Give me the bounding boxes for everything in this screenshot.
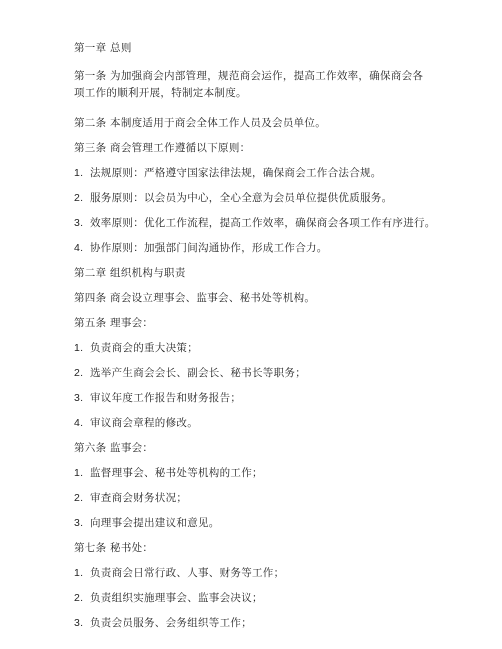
list-text: 向理事会提出建议和意见。 (90, 517, 220, 529)
list-text: 协作原则：加强部门间沟通协作，形成工作合力。 (90, 242, 328, 254)
chapter-2-heading: 第二章 组织机构与职责 (74, 265, 186, 282)
list-item: 2.服务原则：以会员为中心，全心全意为会员单位提供优质服务。 (74, 190, 392, 207)
chapter-1-heading: 第一章 总则 (74, 40, 132, 57)
list-number: 1. (74, 465, 90, 482)
list-item: 4.协作原则：加强部门间沟通协作，形成工作合力。 (74, 240, 328, 257)
list-text: 审议年度工作报告和财务报告； (90, 392, 241, 404)
article-1: 第一条 为加强商会内部管理，规范商会运作，提高工作效率，确保商会各项工作的顺利开… (74, 68, 434, 102)
list-number: 2. (74, 365, 90, 382)
list-number: 3. (74, 390, 90, 407)
list-item: 1.法规原则：严格遵守国家法律法规，确保商会工作合法合规。 (74, 165, 382, 182)
list-item: 4.审议商会章程的修改。 (74, 415, 198, 432)
list-item: 1.负责商会的重大决策； (74, 340, 198, 357)
article-4: 第四条 商会设立理事会、监事会、秘书处等机构。 (74, 290, 315, 307)
list-text: 负责组织实施理事会、监事会决议； (90, 592, 263, 604)
list-number: 1. (74, 165, 90, 182)
list-number: 1. (74, 565, 90, 582)
list-number: 4. (74, 240, 90, 257)
list-text: 审议商会章程的修改。 (90, 417, 198, 429)
list-item: 2.审查商会财务状况； (74, 490, 187, 507)
list-item: 2.选举产生商会会长、副会长、秘书长等职务； (74, 365, 306, 382)
list-item: 1.负责商会日常行政、人事、财务等工作； (74, 565, 284, 582)
list-item: 2.负责组织实施理事会、监事会决议； (74, 590, 263, 607)
list-text: 监督理事会、秘书处等机构的工作； (90, 467, 263, 479)
list-text: 选举产生商会会长、副会长、秘书长等职务； (90, 367, 306, 379)
list-item: 1.监督理事会、秘书处等机构的工作； (74, 465, 263, 482)
list-text: 审查商会财务状况； (90, 492, 187, 504)
list-number: 4. (74, 415, 90, 432)
list-item: 3.向理事会提出建议和意见。 (74, 515, 220, 532)
list-number: 2. (74, 590, 90, 607)
list-item: 3.审议年度工作报告和财务报告； (74, 390, 241, 407)
list-number: 1. (74, 340, 90, 357)
article-3: 第三条 商会管理工作遵循以下原则： (74, 140, 250, 157)
article-6: 第六条 监事会： (74, 440, 153, 457)
list-text: 负责会员服务、会务组织等工作； (90, 617, 252, 629)
list-number: 3. (74, 215, 90, 232)
list-number: 2. (74, 190, 90, 207)
list-number: 3. (74, 515, 90, 532)
article-7: 第七条 秘书处： (74, 540, 153, 557)
article-2: 第二条 本制度适用于商会全体工作人员及会员单位。 (74, 115, 326, 132)
list-item: 3.负责会员服务、会务组织等工作； (74, 615, 252, 632)
list-text: 法规原则：严格遵守国家法律法规，确保商会工作合法合规。 (90, 167, 382, 179)
list-text: 负责商会日常行政、人事、财务等工作； (90, 567, 284, 579)
article-5: 第五条 理事会： (74, 315, 153, 332)
list-text: 效率原则：优化工作流程，提高工作效率，确保商会各项工作有序进行。 (90, 217, 436, 229)
list-text: 负责商会的重大决策； (90, 342, 198, 354)
list-number: 3. (74, 615, 90, 632)
list-text: 服务原则：以会员为中心，全心全意为会员单位提供优质服务。 (90, 192, 392, 204)
list-number: 2. (74, 490, 90, 507)
list-item: 3.效率原则：优化工作流程，提高工作效率，确保商会各项工作有序进行。 (74, 215, 436, 232)
document-page: 第一章 总则 第一条 为加强商会内部管理，规范商会运作，提高工作效率，确保商会各… (0, 0, 502, 649)
